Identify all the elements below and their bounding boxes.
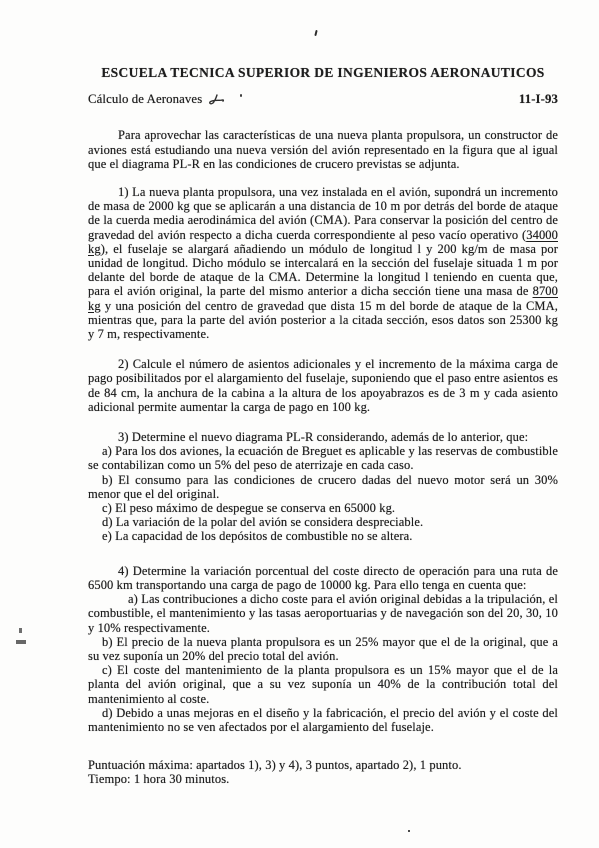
course-name: Cálculo de Aeronaves [88,92,202,106]
school-title: ESCUELA TECNICA SUPERIOR DE INGENIEROS A… [88,66,558,80]
scan-speck [408,830,410,832]
course-line: Cálculo de Aeronaves [88,92,242,106]
question-4-item-d: d) Debido a unas mejoras en el diseño y … [88,706,558,734]
subheader-row: Cálculo de Aeronaves 11-I-93 [88,92,558,106]
question-1-text: 1) La nueva planta propulsora, una vez i… [88,185,558,242]
question-1: 1) La nueva planta propulsora, una vez i… [88,185,558,341]
question-4-head: 4) Determine la variación porcentual del… [88,564,558,592]
question-1-text: ), el fuselaje se alargará añadiendo un … [88,242,558,299]
question-1-text: y una posición del centro de gravedad qu… [88,299,558,341]
scanned-exam-page: ESCUELA TECNICA SUPERIOR DE INGENIEROS A… [0,0,599,848]
question-3-item-b: b) El consumo para las condiciones de cr… [88,473,558,501]
question-3-item-c: c) El peso máximo de despegue se conserv… [88,501,558,515]
scoring-note: Puntuación máxima: apartados 1), 3) y 4)… [88,758,558,772]
intro-paragraph: Para aprovechar las características de u… [88,128,558,171]
document-body: ESCUELA TECNICA SUPERIOR DE INGENIEROS A… [88,66,558,787]
margin-pencil-mark [16,640,26,644]
question-4-item-b: b) El precio de la nueva planta propulso… [88,635,558,663]
scan-speck [314,30,317,36]
handwritten-pen-mark [208,94,228,108]
question-3-item-e: e) La capacidad de los depósitos de comb… [88,529,558,543]
question-3-head: 3) Determine el nuevo diagrama PL-R cons… [88,430,558,444]
question-3-item-d: d) La variación de la polar del avión se… [88,515,558,529]
time-note: Tiempo: 1 hora 30 minutos. [88,772,558,786]
ink-dot [240,94,242,97]
exam-date: 11-I-93 [519,92,558,106]
question-3-item-a: a) Para los dos aviones, la ecuación de … [88,444,558,472]
question-4-item-a: a) Las contribuciones a dicho coste para… [88,592,558,635]
margin-pencil-mark [19,628,22,633]
question-4-item-c: c) El coste del mantenimiento de la plan… [88,663,558,706]
question-2: 2) Calcule el número de asientos adicion… [88,357,558,414]
